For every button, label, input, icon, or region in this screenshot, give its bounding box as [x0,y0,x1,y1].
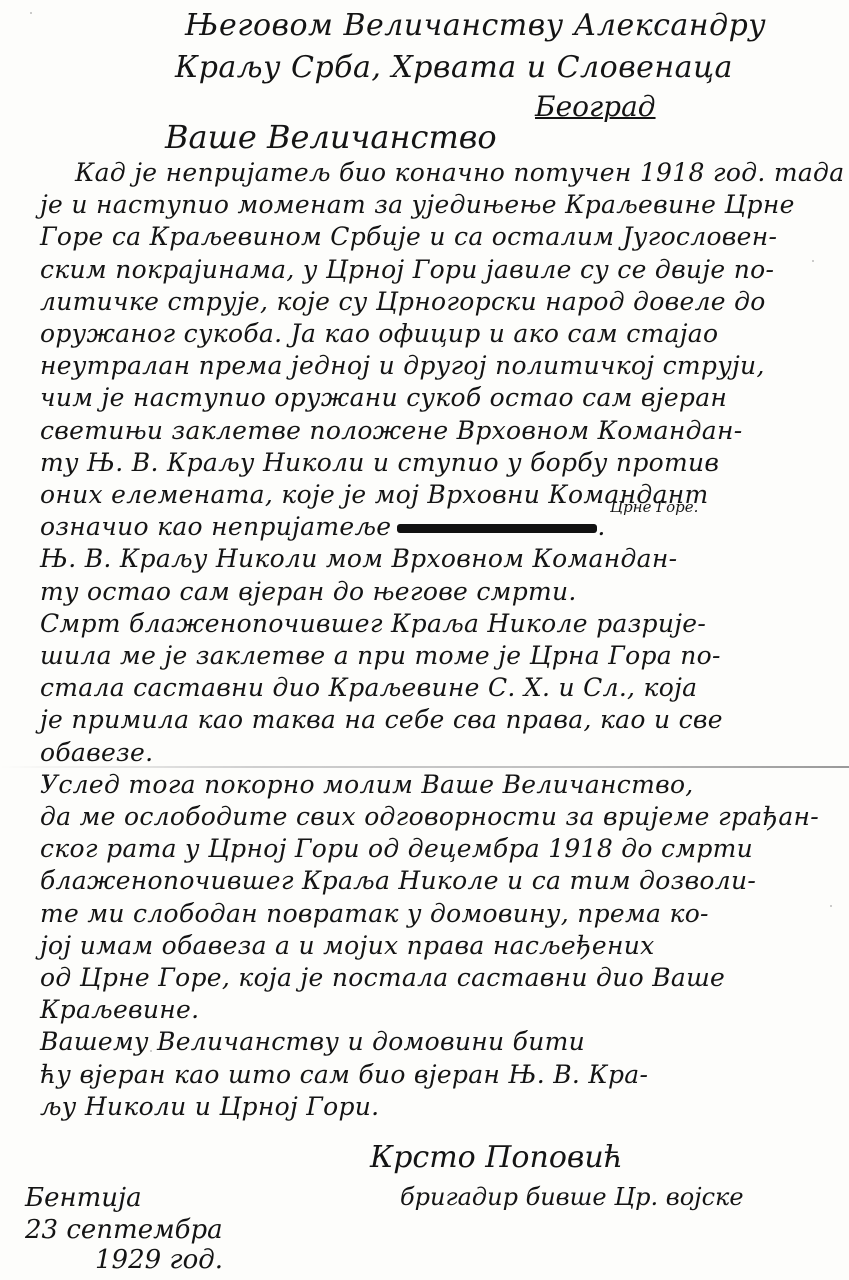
date-year: 1929 год. [95,1245,223,1275]
place-name: Бентија [25,1183,142,1213]
body-line: је и наступио моменат за уједињење Краље… [40,190,795,219]
body-line: од Црне Горе, која је постала саставни д… [40,963,725,992]
body-line: Вашему Величанству и домовини бити [40,1027,585,1056]
crossed-out-text [397,524,597,533]
body-line: Кад је непријатељ био коначно потучен 19… [75,158,844,187]
body-line: Горе са Краљевином Србије и са осталим Ј… [40,222,777,251]
date-day-month: 23 септембра [25,1215,223,1245]
paper-fold-line [0,766,849,768]
body-line: те ми слободан повратак у домовину, прем… [40,899,709,928]
insertion-note: Црне Горе. [610,498,698,516]
body-line: ту Њ. В. Краљу Николи и ступио у борбу п… [40,448,719,477]
body-line: јој имам обавеза а и мојих права насљеђе… [40,931,655,960]
body-line: Услед тога покорно молим Ваше Величанств… [40,770,694,799]
body-line: је примила као таква на себе сва права, … [40,705,723,734]
body-line: Смрт блаженопочившег Краља Николе разриј… [40,609,706,638]
letter-page: Његовом Величанству Александру Краљу Срб… [0,0,849,1280]
signature-title: бригадир бивше Цр. војске [400,1183,744,1211]
address-line-1: Његовом Величанству Александру [185,8,766,43]
signature-name: Крсто Поповић [370,1140,623,1175]
body-line: означио као непријатеље. [40,512,606,541]
body-line: неутралан према једној и другој политичк… [40,351,765,380]
body-line: оружаног сукоба. Ја као официр и ако сам… [40,319,718,348]
body-line: ту остао сам вјеран до његове смрти. [40,577,577,606]
body-line: стала саставни дио Краљевине С. Х. и Сл.… [40,673,697,702]
body-line: ског рата у Црној Гори од децембра 1918 … [40,834,753,863]
address-line-2: Краљу Срба, Хрвата и Словенаца [175,50,733,85]
body-line: Њ. В. Краљу Николи мом Врховном Командан… [40,544,677,573]
body-line: Краљевине. [40,995,199,1024]
body-line: светињи заклетве положене Врховном Коман… [40,416,743,445]
body-line: литичке струје, које су Црногорски народ… [40,287,766,316]
body-line: чим је наступио оружани сукоб остао сам … [40,383,727,412]
body-line: ћу вјеран као што сам био вјеран Њ. В. К… [40,1060,648,1089]
body-line: блаженопочившег Краља Николе и са тим до… [40,866,756,895]
salutation: Ваше Величанство [165,118,497,156]
body-line: да ме ослободите свих одговорности за вр… [40,802,819,831]
address-city: Београд [535,90,656,123]
body-line: шила ме је заклетве а при томе је Црна Г… [40,641,721,670]
body-line: љу Николи и Црној Гори. [40,1092,379,1121]
body-line: ским покрајинама, у Црној Гори јавиле су… [40,255,774,284]
body-line: оних елемената, које је мој Врховни Кома… [40,480,709,509]
body-line: обавезе. [40,738,153,767]
